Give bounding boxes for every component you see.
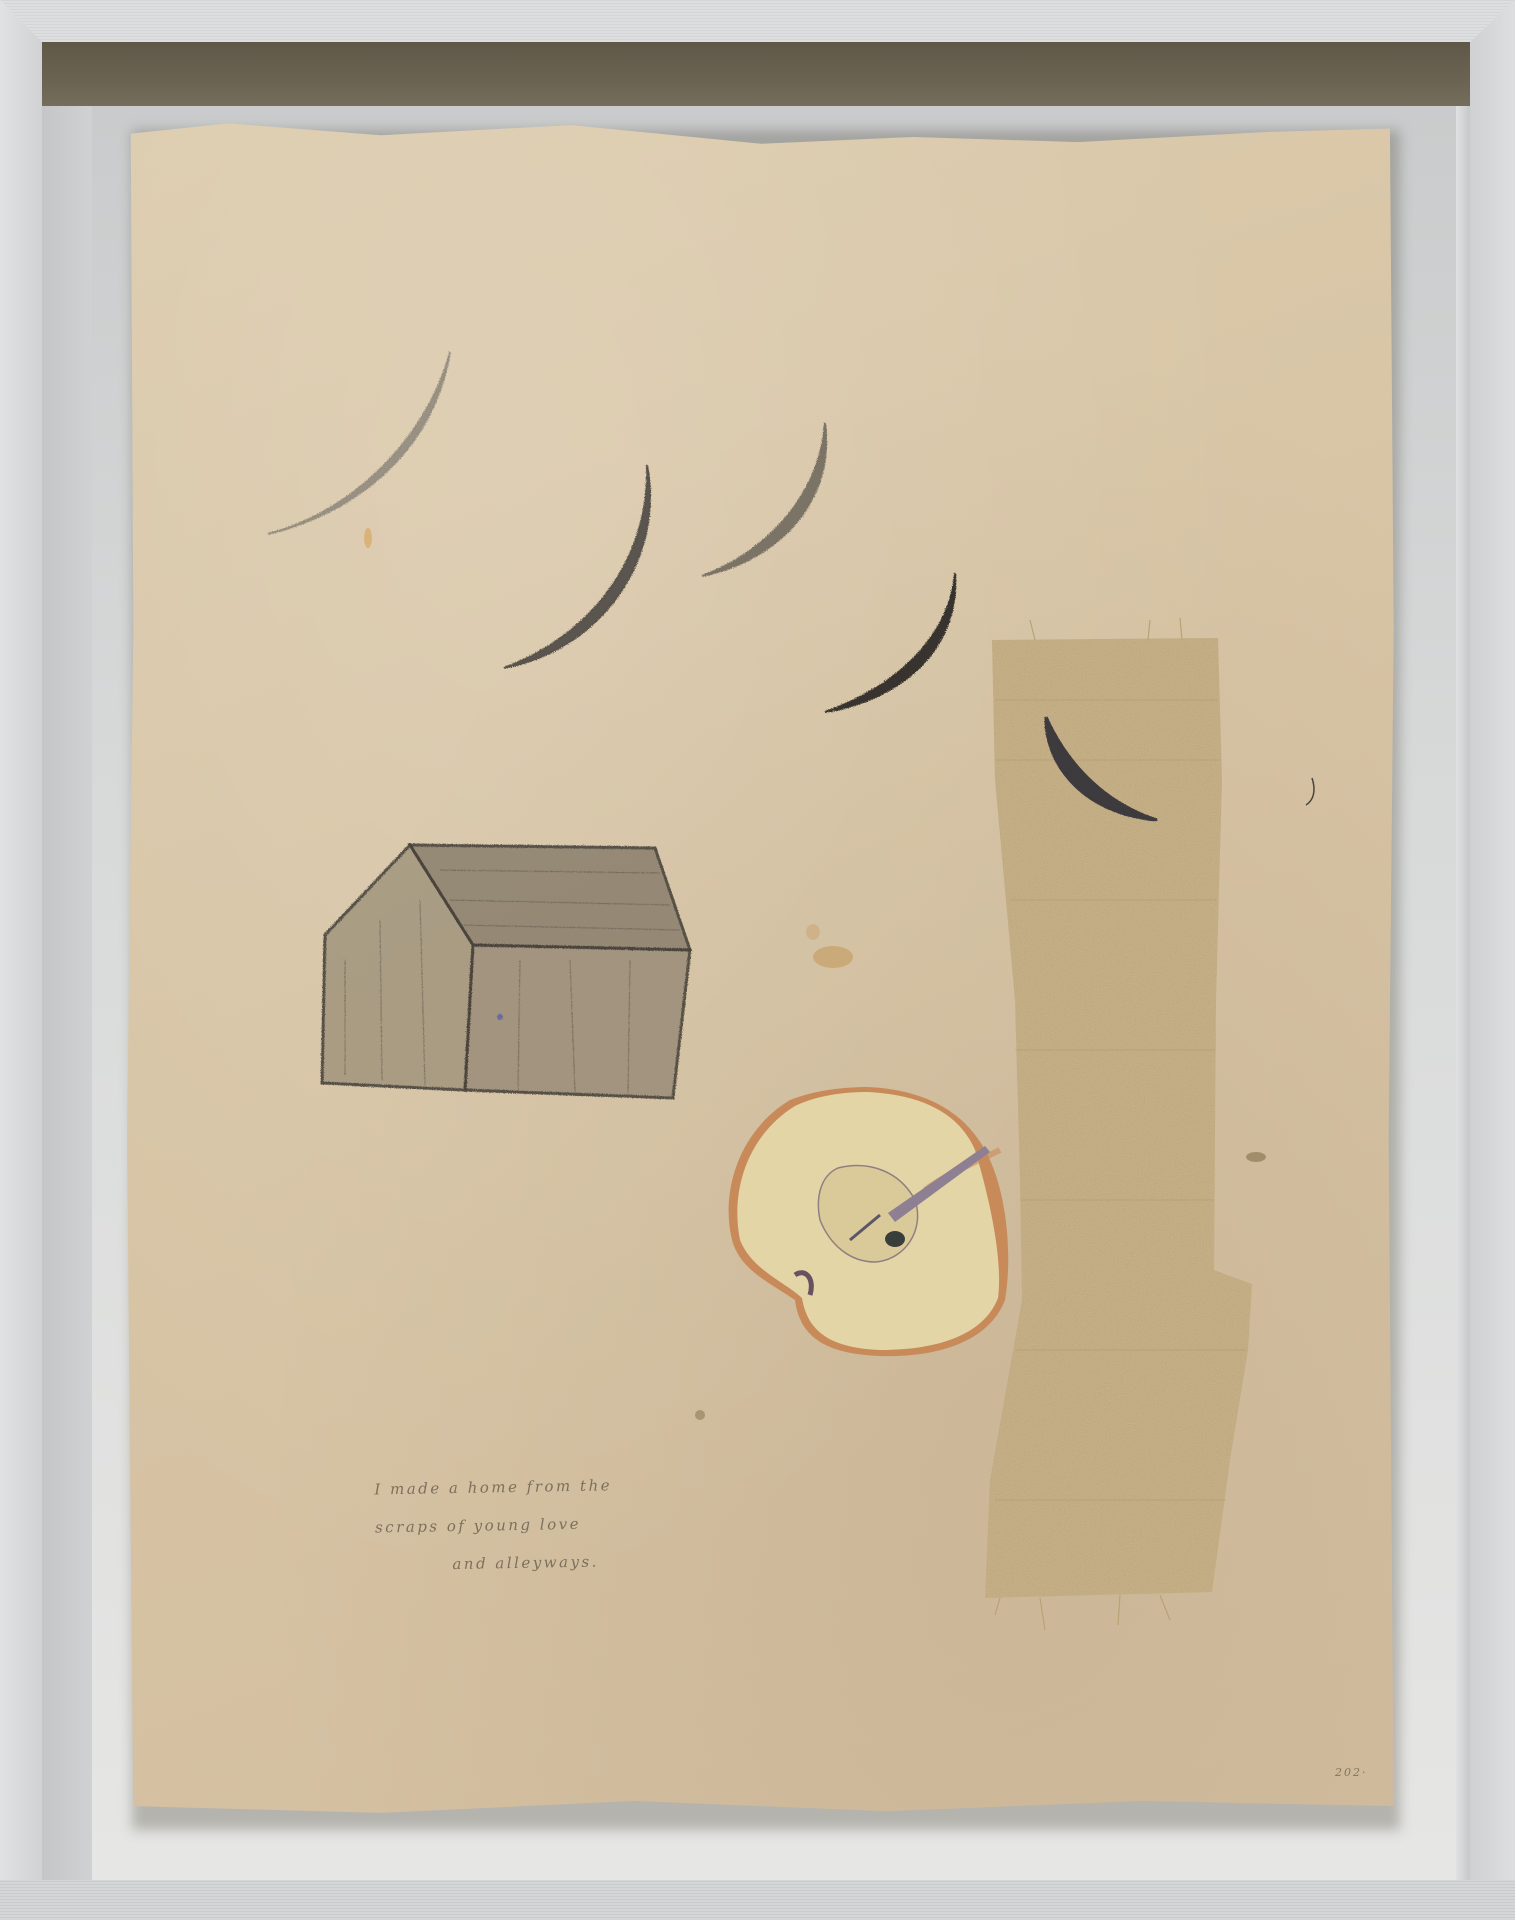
moon-icon	[504, 465, 650, 668]
moon-icon	[825, 573, 955, 712]
handwritten-inscription: I made a home from the scraps of young l…	[374, 1466, 656, 1585]
fabric-strip	[985, 618, 1252, 1630]
pencil-house	[322, 845, 690, 1098]
artwork-drawing	[0, 0, 1515, 1920]
inscription-line: and alleyways.	[375, 1542, 656, 1585]
apple-half-collage	[729, 1087, 1009, 1356]
pencil-mark	[1306, 778, 1314, 805]
moon-icon	[702, 423, 826, 576]
date-mark: 202·	[1335, 1766, 1368, 1779]
moon-icon	[268, 352, 450, 534]
inscription-line: scraps of young love	[375, 1504, 656, 1547]
inscription-line: I made a home from the	[374, 1466, 655, 1509]
